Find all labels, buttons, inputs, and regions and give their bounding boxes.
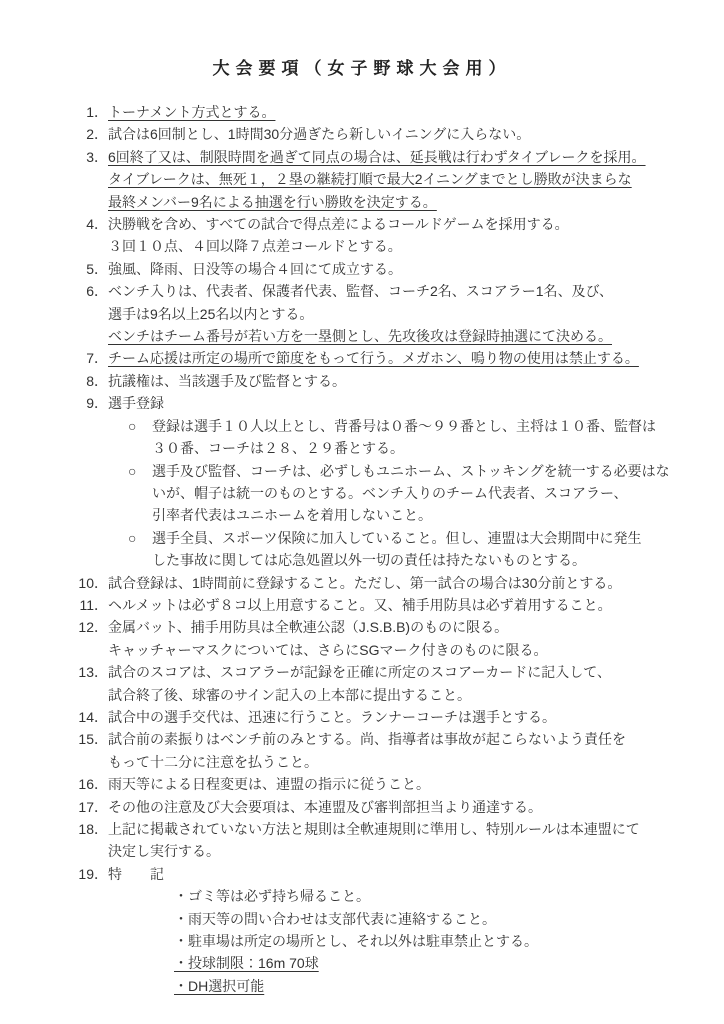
note-text: ・ゴミ等は必ず持ち帰ること。	[174, 888, 370, 904]
rule-text: 強風、降雨、日没等の場合４回にて成立する。	[108, 261, 402, 277]
rule-text: 決勝戦を含め、すべての試合で得点差によるコールドゲームを採用する。	[108, 216, 569, 232]
rule-text: 最終メンバー9名による抽選を行い勝敗を決定する。	[108, 194, 437, 210]
rule-number: 14．	[78, 706, 108, 728]
rule-item-16: 16． 雨天等による日程変更は、連盟の指示に従うこと。	[78, 773, 688, 795]
rule-number: 9．	[78, 392, 108, 414]
rule-item-13: 13． 試合のスコアは、スコアラーが記録を正確に所定のスコアーカードに記入して、…	[78, 661, 688, 706]
rule-number: 19．	[78, 863, 108, 885]
rule-text: ベンチはチーム番号が若い方を一塁側とし、先攻後攻は登録時抽選にて決める。	[108, 328, 612, 344]
note-text: ・駐車場は所定の場所とし、それ以外は駐車禁止とする。	[174, 933, 538, 949]
rule-text: 試合中の選手交代は、迅速に行うこと。ランナーコーチは選手とする。	[108, 709, 556, 725]
rule-text: 試合終了後、球審のサイン記入の上本部に提出すること。	[108, 687, 471, 703]
rule-text: もって十二分に注意を払うこと。	[108, 754, 318, 770]
registration-bullet-1: ○ 登録は選手１０人以上とし、背番号は０番～９９番とし、主将は１０番、監督は ３…	[108, 415, 688, 460]
rule-text: 選手登録	[108, 395, 164, 411]
rule-text: 選手は9名以上25名以内とする。	[108, 306, 313, 322]
rule-number: 10．	[78, 572, 108, 594]
rule-item-17: 17． その他の注意及び大会要項は、本連盟及び審判部担当より通達する。	[78, 796, 688, 818]
rule-number: 16．	[78, 773, 108, 795]
rule-item-5: 5． 強風、降雨、日没等の場合４回にて成立する。	[78, 258, 688, 280]
rule-text: 決定し実行する。	[108, 843, 220, 859]
rule-text: ３回１０点、４回以降７点差コールドとする。	[108, 238, 402, 254]
rule-text: ヘルメットは必ず８コ以上用意すること。又、補手用防具は必ず着用すること。	[108, 597, 612, 613]
rule-text: いが、帽子は統一のものとする。ベンチ入りのチーム代表者、スコアラー、	[152, 485, 627, 501]
rule-text: チーム応援は所定の場所で節度をもって行う。メガホン、鳴り物の使用は禁止する。	[108, 350, 639, 366]
rule-text: 登録は選手１０人以上とし、背番号は０番～９９番とし、主将は１０番、監督は	[152, 418, 656, 434]
rule-item-11: 11． ヘルメットは必ず８コ以上用意すること。又、補手用防具は必ず着用すること。	[78, 594, 688, 616]
rule-text: 選手全員、スポーツ保険に加入していること。但し、連盟は大会期間中に発生	[152, 530, 641, 546]
rule-number: 11．	[78, 594, 108, 616]
rule-item-19: 19． 特 記 ・ゴミ等は必ず持ち帰ること。 ・雨天等の問い合わせは支部代表に連…	[78, 863, 688, 997]
rule-number: 15．	[78, 728, 108, 750]
rule-text: した事故に関しては応急処置以外一切の責任は持たないものとする。	[152, 552, 586, 568]
rule-item-7: 7． チーム応援は所定の場所で節度をもって行う。メガホン、鳴り物の使用は禁止する…	[78, 347, 688, 369]
note-text: ・投球制限：16m 70球	[174, 955, 319, 971]
rule-item-3: 3． 6回終了又は、制限時間を過ぎて同点の場合は、延長戦は行わずタイブレークを採…	[78, 146, 688, 213]
note-text: ・雨天等の問い合わせは支部代表に連絡すること。	[174, 911, 496, 927]
rule-text: 試合登録は、1時間前に登録すること。ただし、第一試合の場合は30分前とする。	[108, 575, 621, 591]
rule-text: 選手及び監督、コーチは、必ずしもユニホーム、ストッキングを統一する必要はな	[152, 463, 670, 479]
note-text: ・DH選択可能	[174, 978, 264, 994]
registration-bullet-2: ○ 選手及び監督、コーチは、必ずしもユニホーム、ストッキングを統一する必要はな …	[108, 460, 688, 527]
rule-number: 2．	[78, 123, 108, 145]
rule-number: 13．	[78, 661, 108, 683]
rule-text: ベンチ入りは、代表者、保護者代表、監督、コーチ2名、スコアラー1名、及び、	[108, 283, 613, 299]
document-page: 大会要項（女子野球大会用） 1． トーナメント方式とする。 2． 試合は6回制と…	[0, 0, 724, 1024]
rule-item-4: 4． 決勝戦を含め、すべての試合で得点差によるコールドゲームを採用する。 ３回１…	[78, 213, 688, 258]
rule-number: 4．	[78, 213, 108, 235]
special-notes: ・ゴミ等は必ず持ち帰ること。 ・雨天等の問い合わせは支部代表に連絡すること。 ・…	[108, 885, 688, 997]
rule-item-2: 2． 試合は6回制とし、1時間30分過ぎたら新しいイニングに入らない。	[78, 123, 688, 145]
rule-text: 引率者代表はユニホームを着用しないこと。	[152, 507, 432, 523]
rule-text: 試合は6回制とし、1時間30分過ぎたら新しいイニングに入らない。	[108, 126, 530, 142]
rule-text: 試合前の素振りはベンチ前のみとする。尚、指導者は事故が起こらないよう責任を	[108, 731, 626, 747]
document-title: 大会要項（女子野球大会用）	[0, 0, 724, 79]
rule-item-8: 8． 抗議権は、当該選手及び監督とする。	[78, 370, 688, 392]
rule-text: 抗議権は、当該選手及び監督とする。	[108, 373, 346, 389]
rule-text: 上記に掲載されていない方法と規則は全軟連規則に準用し、特別ルールは本連盟にて	[108, 821, 640, 837]
rule-number: 3．	[78, 146, 108, 168]
rule-text: タイブレークは、無死１，２塁の継続打順で最大2イニングまでとし勝敗が決まらな	[108, 171, 632, 187]
rule-text: ３０番、コーチは２８、２９番とする。	[152, 440, 404, 456]
rule-text: 特 記	[108, 866, 164, 882]
rule-text: キャッチャーマスクについては、さらにSGマーク付きのものに限る。	[108, 642, 548, 658]
circle-bullet-icon: ○	[128, 460, 152, 527]
rule-item-14: 14． 試合中の選手交代は、迅速に行うこと。ランナーコーチは選手とする。	[78, 706, 688, 728]
rule-text: 6回終了又は、制限時間を過ぎて同点の場合は、延長戦は行わずタイブレークを採用。	[108, 149, 646, 165]
rule-item-9: 9． 選手登録 ○ 登録は選手１０人以上とし、背番号は０番～９９番とし、主将は１…	[78, 392, 688, 571]
circle-bullet-icon: ○	[128, 527, 152, 572]
rule-number: 1．	[78, 101, 108, 123]
rule-item-1: 1． トーナメント方式とする。	[78, 101, 688, 123]
rule-item-18: 18． 上記に掲載されていない方法と規則は全軟連規則に準用し、特別ルールは本連盟…	[78, 818, 688, 863]
rule-text: 試合のスコアは、スコアラーが記録を正確に所定のスコアーカードに記入して、	[108, 664, 611, 680]
rule-item-10: 10． 試合登録は、1時間前に登録すること。ただし、第一試合の場合は30分前とす…	[78, 572, 688, 594]
rules-list: 1． トーナメント方式とする。 2． 試合は6回制とし、1時間30分過ぎたら新し…	[0, 101, 724, 997]
rule-item-12: 12． 金属バット、捕手用防具は全軟連公認（J.S.B.B)のものに限る。 キャ…	[78, 616, 688, 661]
rule-number: 12．	[78, 616, 108, 638]
registration-bullet-3: ○ 選手全員、スポーツ保険に加入していること。但し、連盟は大会期間中に発生 した…	[108, 527, 688, 572]
rule-number: 7．	[78, 347, 108, 369]
rule-item-6: 6． ベンチ入りは、代表者、保護者代表、監督、コーチ2名、スコアラー1名、及び、…	[78, 280, 688, 347]
rule-number: 6．	[78, 280, 108, 302]
rule-item-15: 15． 試合前の素振りはベンチ前のみとする。尚、指導者は事故が起こらないよう責任…	[78, 728, 688, 773]
rule-number: 5．	[78, 258, 108, 280]
rule-number: 8．	[78, 370, 108, 392]
circle-bullet-icon: ○	[128, 415, 152, 460]
rule-number: 18．	[78, 818, 108, 840]
rule-number: 17．	[78, 796, 108, 818]
rule-text: その他の注意及び大会要項は、本連盟及び審判部担当より通達する。	[108, 799, 542, 815]
rule-text: 雨天等による日程変更は、連盟の指示に従うこと。	[108, 776, 430, 792]
rule-text: 金属バット、捕手用防具は全軟連公認（J.S.B.B)のものに限る。	[108, 619, 508, 635]
rule-text: トーナメント方式とする。	[108, 104, 275, 120]
